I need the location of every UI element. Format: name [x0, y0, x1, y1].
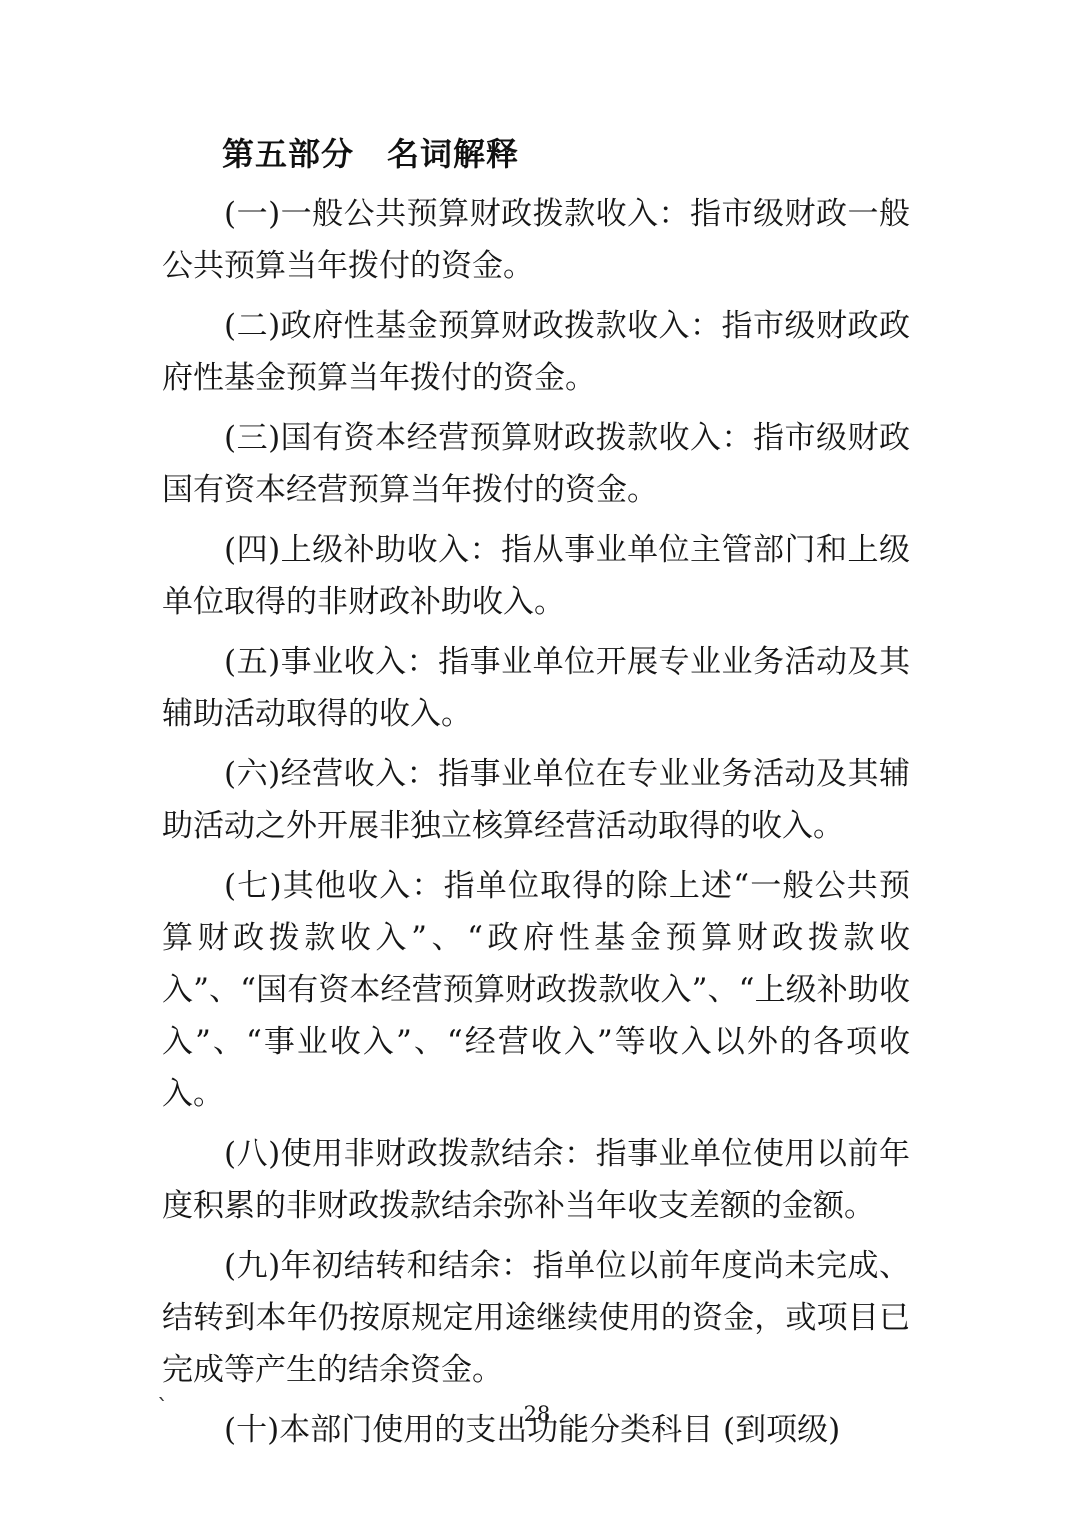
document-page: 第五部分 名词解释 (一)一般公共预算财政拨款收入：指市级财政一般公共预算当年拨…: [0, 0, 1074, 1520]
paragraph-7: (七)其他收入：指单位取得的除上述“一般公共预算财政拨款收入”、“政府性基金预算…: [162, 860, 910, 1120]
page-content: 第五部分 名词解释 (一)一般公共预算财政拨款收入：指市级财政一般公共预算当年拨…: [162, 128, 910, 1456]
section-title: 第五部分 名词解释: [222, 128, 910, 180]
paragraph-1: (一)一般公共预算财政拨款收入：指市级财政一般公共预算当年拨付的资金。: [162, 188, 910, 292]
paragraph-8: (八)使用非财政拨款结余：指事业单位使用以前年度积累的非财政拨款结余弥补当年收支…: [162, 1128, 910, 1232]
paragraph-6: (六)经营收入：指事业单位在专业业务活动及其辅助活动之外开展非独立核算经营活动取…: [162, 748, 910, 852]
paragraph-4: (四)上级补助收入：指从事业单位主管部门和上级单位取得的非财政补助收入。: [162, 524, 910, 628]
paragraph-3: (三)国有资本经营预算财政拨款收入：指市级财政国有资本经营预算当年拨付的资金。: [162, 412, 910, 516]
paragraph-2: (二)政府性基金预算财政拨款收入：指市级财政政府性基金预算当年拨付的资金。: [162, 300, 910, 404]
page-number: 28: [0, 1402, 1074, 1426]
body-text: (一)一般公共预算财政拨款收入：指市级财政一般公共预算当年拨付的资金。 (二)政…: [162, 188, 910, 1456]
paragraph-5: (五)事业收入：指事业单位开展专业业务活动及其辅助活动取得的收入。: [162, 636, 910, 740]
paragraph-9: (九)年初结转和结余：指单位以前年度尚未完成、结转到本年仍按原规定用途继续使用的…: [162, 1240, 910, 1396]
